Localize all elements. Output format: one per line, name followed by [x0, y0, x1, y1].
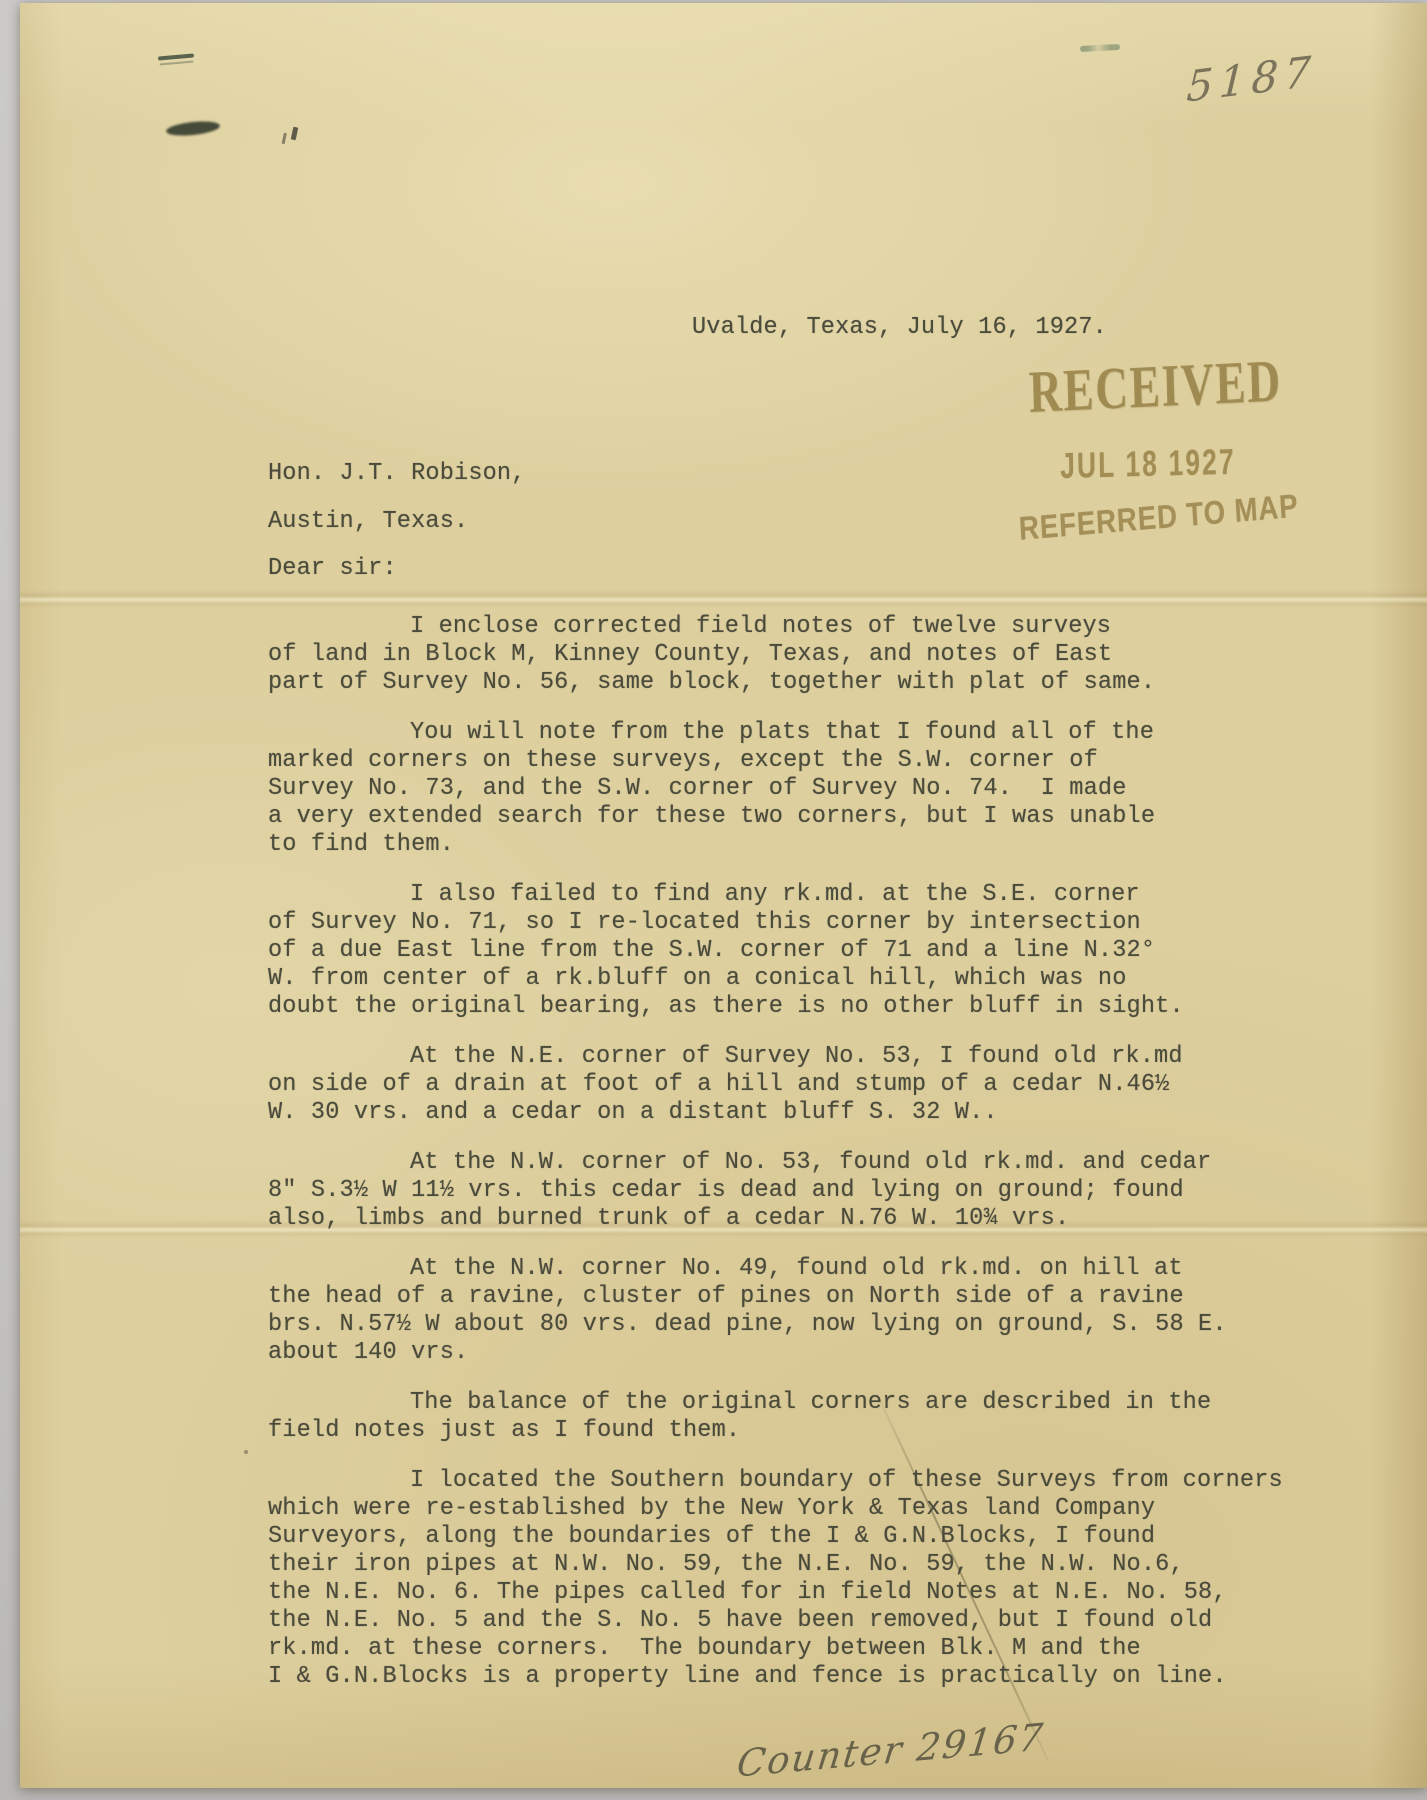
- scanned-letter-page: 5187 Counter 29167 Uvalde, Texas, July 1…: [0, 0, 1427, 1800]
- paragraph-4: At the N.E. corner of Survey No. 53, I f…: [268, 1043, 1288, 1127]
- received-stamp: RECEIVED: [1028, 350, 1282, 422]
- pencil-dot: [244, 1450, 248, 1454]
- paragraph-5: At the N.W. corner of No. 53, found old …: [268, 1149, 1288, 1233]
- horizontal-fold-crease-top: [20, 590, 1427, 608]
- received-date-stamp: JUL 18 1927: [1060, 444, 1236, 484]
- letter-body: I enclose corrected field notes of twelv…: [268, 613, 1288, 1713]
- paragraph-8: I located the Southern boundary of these…: [268, 1467, 1288, 1691]
- paragraph-2: You will note from the plats that I foun…: [268, 719, 1288, 859]
- paragraph-1: I enclose corrected field notes of twelv…: [268, 613, 1288, 697]
- paragraph-6: At the N.W. corner No. 49, found old rk.…: [268, 1255, 1288, 1367]
- dateline: Uvalde, Texas, July 16, 1927.: [692, 314, 1107, 342]
- salutation: Dear sir:: [268, 555, 397, 583]
- paragraph-3: I also failed to find any rk.md. at the …: [268, 881, 1288, 1021]
- paragraph-7: The balance of the original corners are …: [268, 1389, 1288, 1445]
- recipient-city: Austin, Texas.: [268, 508, 468, 536]
- recipient-name: Hon. J.T. Robison,: [268, 460, 526, 488]
